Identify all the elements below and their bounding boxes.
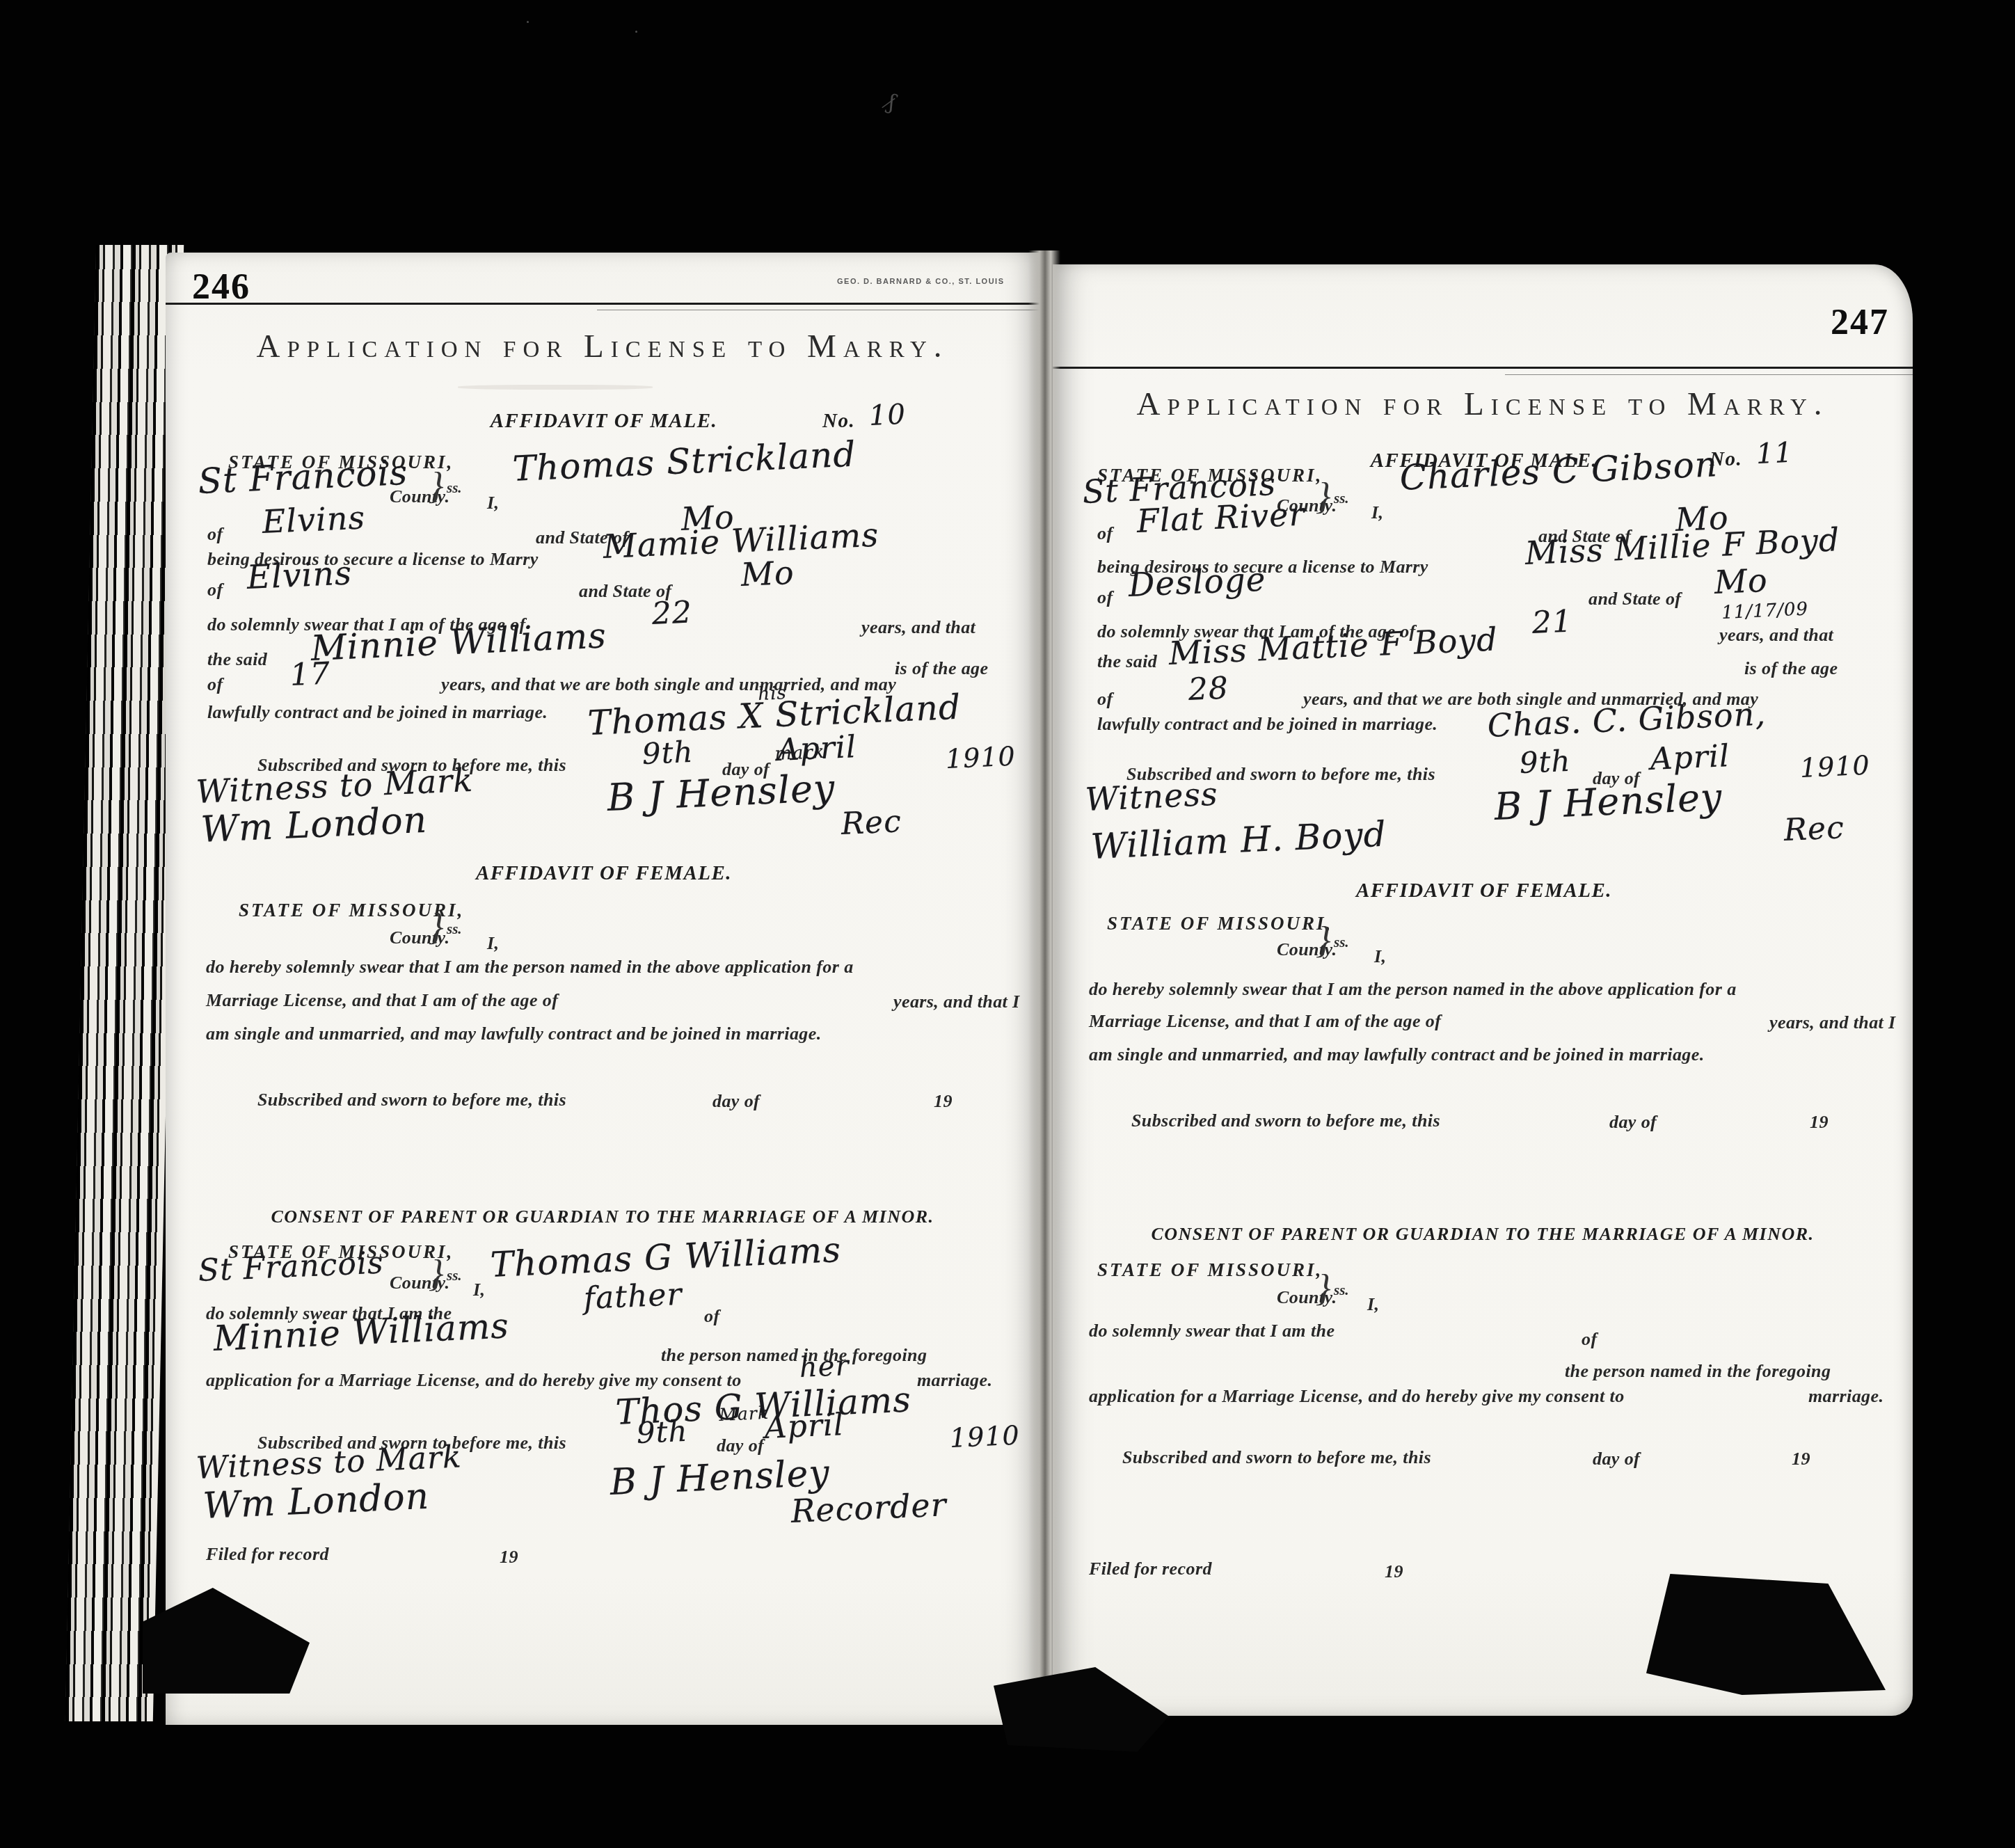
ss-label: ss. [447, 481, 462, 495]
header-rule-thin [1505, 374, 1913, 375]
page-number: 247 [1831, 305, 1889, 341]
witness-note-entry: Witness [1085, 775, 1219, 818]
the-said-label: the said [207, 651, 267, 669]
ss-label: ss. [1334, 1283, 1349, 1298]
bride-residence-entry: Elvins [246, 554, 353, 597]
witness-name-entry: Wm London [200, 799, 428, 851]
printer-imprint: GEO. D. BARNARD & CO., ST. LOUIS [837, 278, 1005, 286]
witness-name-entry: William H. Boyd [1090, 814, 1387, 867]
person-named-line: the person named in the foregoing [661, 1346, 927, 1364]
years-and-that: years, and that [1719, 626, 1833, 644]
consent-pronoun-entry: her [799, 1350, 850, 1384]
brace: } [1316, 477, 1331, 515]
day-of-label: day of [1593, 1450, 1640, 1468]
nineteen-label: 19 [1385, 1563, 1403, 1581]
sworn-day-entry: 9th [1519, 744, 1572, 780]
and-state-of-label: and State of [1588, 590, 1681, 608]
consent-relation-entry: father [583, 1277, 683, 1316]
day-of-label: day of [717, 1437, 764, 1455]
female-swear-line: do hereby solemnly swear that I am the p… [1089, 980, 1737, 998]
marriage-word: marriage. [1808, 1387, 1883, 1405]
female-years-that-i: years, and that I [893, 993, 1020, 1011]
i-label: I, [473, 1281, 485, 1299]
i-label: I, [1371, 504, 1383, 522]
female-license-line: Marriage License, and that I am of the a… [206, 991, 558, 1010]
license-no-value: 11 [1755, 437, 1794, 470]
of-label: of [704, 1307, 719, 1325]
years-single-line: years, and that we are both single and u… [441, 676, 896, 694]
header-rule [1053, 367, 1913, 369]
officer-signature: B J Hensley [1493, 775, 1723, 829]
state-line: STATE OF MISSOURI, [1107, 914, 1332, 933]
of-label: of [207, 525, 223, 543]
female-affidavit-heading: AFFIDAVIT OF FEMALE. [270, 863, 938, 884]
page-number: 246 [192, 269, 250, 305]
of-label: of [207, 676, 223, 694]
groom-residence-entry: Flat River [1136, 495, 1306, 540]
bride-age-entry: 17 [289, 656, 331, 693]
groom-signature: Thomas X Strickland [587, 687, 962, 743]
nineteen-label: 19 [1792, 1450, 1810, 1468]
female-years-that-i: years, and that I [1769, 1014, 1896, 1032]
day-of-label: day of [712, 1092, 760, 1110]
is-of-the-age: is of the age [895, 660, 988, 678]
page-title: Application for License to Marry. [166, 330, 1040, 363]
smear [458, 385, 653, 390]
ss-label: ss. [1334, 491, 1349, 506]
consent-witness-entry: Wm London [202, 1476, 430, 1527]
female-single-line: am single and unmarried, and may lawfull… [206, 1025, 822, 1043]
subscribed-line: Subscribed and sworn to before me, this [1122, 1449, 1431, 1467]
dust-speck [527, 21, 529, 23]
ss-label: ss. [1334, 935, 1349, 950]
county-entry: St Francois [197, 452, 408, 502]
lawfully-line: lawfully contract and be joined in marri… [207, 703, 548, 722]
consent-officer-title: Recorder [790, 1485, 948, 1530]
page-246: 246 GEO. D. BARNARD & CO., ST. LOUIS App… [166, 253, 1040, 1725]
person-named-line: the person named in the foregoing [1565, 1362, 1831, 1380]
bride-state-entry: Mo [1714, 561, 1769, 601]
of-label: of [1097, 690, 1113, 708]
of-label: of [1097, 525, 1113, 543]
bride-state-note: 11/17/09 [1721, 599, 1809, 623]
license-no-value: 10 [868, 399, 907, 432]
brace: } [1316, 921, 1331, 959]
brace: } [429, 1254, 444, 1292]
of-label: of [1582, 1330, 1597, 1348]
sworn-month-entry: April [776, 729, 857, 768]
sworn-month-entry: April [1650, 738, 1730, 777]
lawfully-line: lawfully contract and be joined in marri… [1097, 715, 1437, 733]
ss-label: ss. [447, 1268, 462, 1283]
groom-age-entry: 22 [651, 595, 693, 632]
of-label: of [207, 581, 223, 599]
subscribed-line: Subscribed and sworn to before me, this [257, 1091, 566, 1109]
day-of-label: day of [1609, 1113, 1657, 1131]
marriage-register-scan: ʃ̷ 246 GEO. D. BARNARD & CO., ST. LOUIS … [0, 0, 2015, 1848]
female-license-line: Marriage License, and that I am of the a… [1089, 1012, 1441, 1030]
bride-residence-entry: Desloge [1128, 560, 1267, 605]
female-swear-line: do hereby solemnly swear that I am the p… [206, 958, 854, 976]
marriage-word: marriage. [917, 1371, 992, 1389]
page-title: Application for License to Marry. [1053, 388, 1913, 421]
subscribed-line: Subscribed and sworn to before me, this [1131, 1112, 1440, 1130]
consent-mark-note: Mark [719, 1403, 770, 1425]
sworn-day-entry: 9th [642, 735, 694, 771]
consent-year-entry: 1910 [949, 1420, 1021, 1453]
brace: } [1316, 1269, 1331, 1307]
consent-heading: CONSENT OF PARENT OR GUARDIAN TO THE MAR… [166, 1208, 1040, 1226]
bride-age-entry: 28 [1188, 671, 1229, 708]
the-said-label: the said [1097, 653, 1157, 671]
consent-day-entry: 9th [636, 1414, 689, 1450]
sworn-year-entry: 1910 [1799, 750, 1871, 783]
bride-state-entry: Mo [740, 554, 795, 594]
consent-county-entry: St Francois [198, 1245, 385, 1289]
brace: } [429, 908, 444, 946]
header-rule [166, 303, 1040, 305]
officer-title-entry: Rec [841, 804, 902, 842]
header-rule-thin [597, 310, 1040, 310]
i-label: I, [1374, 948, 1386, 966]
is-of-the-age: is of the age [1744, 660, 1838, 678]
groom-name-entry: Thomas Strickland [511, 434, 857, 489]
i-label: I, [487, 934, 499, 953]
groom-residence-entry: Elvins [262, 499, 366, 541]
nineteen-label: 19 [934, 1092, 953, 1110]
officer-title-entry: Rec [1783, 810, 1845, 848]
filed-for-record: Filed for record [206, 1545, 329, 1563]
consent-month-entry: April [764, 1407, 845, 1446]
officer-signature: B J Hensley [606, 766, 836, 820]
license-no-label: No. [822, 411, 855, 431]
page-247: 247 Application for License to Marry. AF… [1053, 264, 1913, 1716]
i-label: I, [487, 494, 499, 512]
nineteen-label: 19 [500, 1548, 518, 1566]
female-single-line: am single and unmarried, and may lawfull… [1089, 1046, 1705, 1064]
book-spine-shadow [1028, 250, 1060, 1716]
consent-app-line: application for a Marriage License, and … [1089, 1387, 1625, 1405]
nineteen-label: 19 [1810, 1113, 1829, 1131]
female-affidavit-heading: AFFIDAVIT OF FEMALE. [1150, 881, 1818, 901]
of-label: of [1097, 589, 1113, 607]
filed-for-record: Filed for record [1089, 1560, 1212, 1578]
brace: } [429, 467, 444, 504]
consent-heading: CONSENT OF PARENT OR GUARDIAN TO THE MAR… [1053, 1225, 1913, 1243]
consent-swear-line: do solemnly swear that I am the [1089, 1322, 1335, 1340]
dust-speck [635, 31, 637, 33]
ink-smudge: ʃ̷ [886, 90, 898, 115]
years-and-that: years, and that [861, 619, 975, 637]
sworn-year-entry: 1910 [945, 741, 1017, 774]
ss-label: ss. [447, 922, 462, 937]
groom-age-entry: 21 [1531, 604, 1573, 641]
state-line: STATE OF MISSOURI, [1097, 1261, 1323, 1280]
i-label: I, [1367, 1296, 1379, 1314]
consent-app-line: application for a Marriage License, and … [206, 1371, 742, 1389]
